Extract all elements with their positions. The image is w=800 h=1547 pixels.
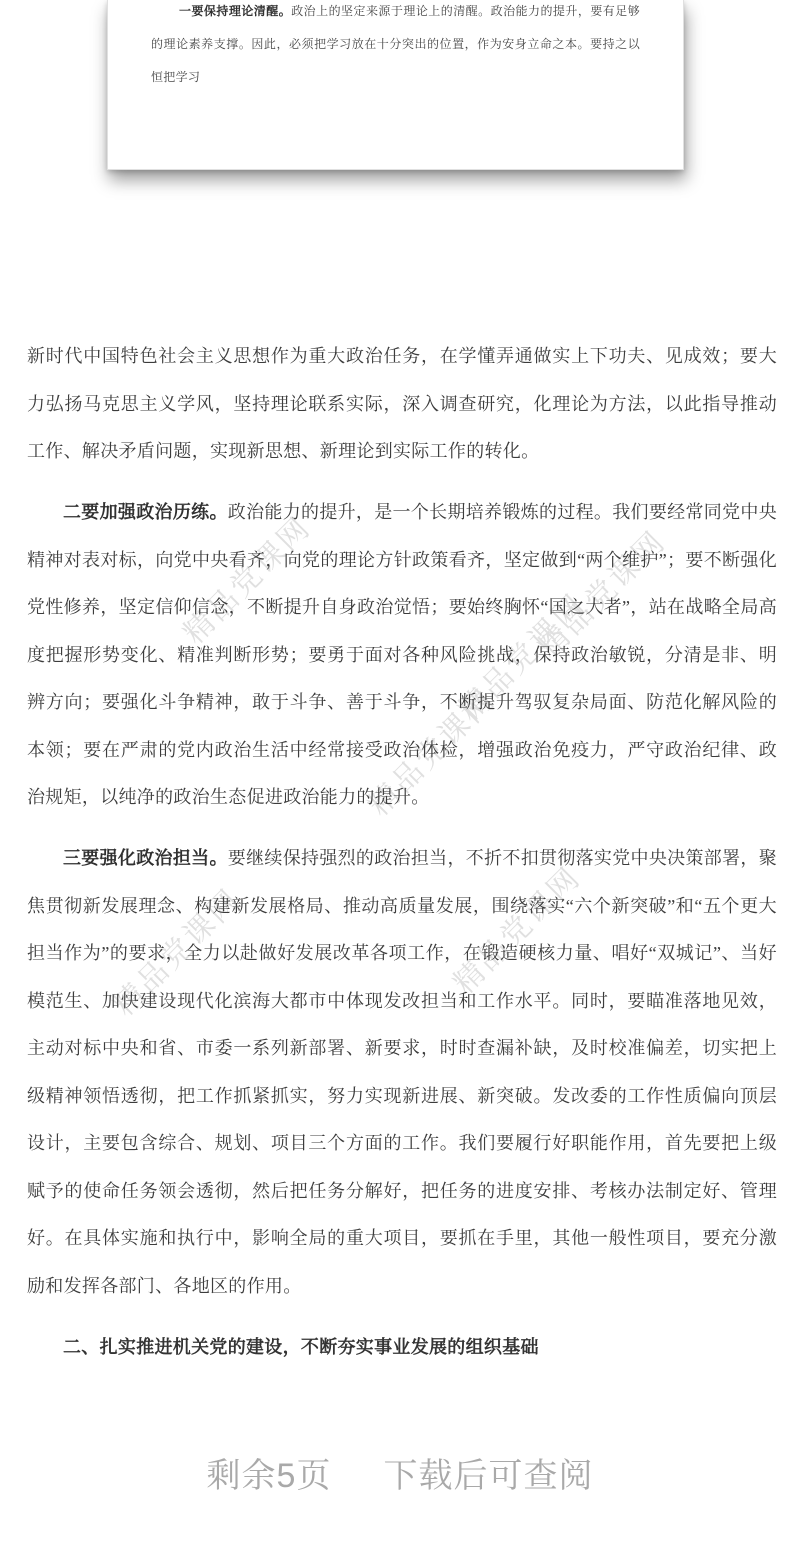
paragraph-text: 新时代中国特色社会主义思想作为重大政治任务，在学懂弄通做实上下功夫、见成效；要大…: [27, 346, 777, 461]
document-preview-page: 一要保持理论清醒。政治上的坚定来源于理论上的清醒。政治能力的提升，要有足够的理论…: [0, 0, 800, 1547]
paragraph-lead: 三要强化政治担当。: [63, 848, 228, 868]
paragraph-lead: 二要加强政治历练。: [63, 502, 228, 522]
card-paragraph: 一要保持理论清醒。政治上的坚定来源于理论上的清醒。政治能力的提升，要有足够的理论…: [151, 0, 640, 94]
download-hint-text: 下载后可查阅: [383, 1457, 593, 1495]
paragraph-second-point: 二要加强政治历练。政治能力的提升，是一个长期培养锻炼的过程。我们要经常同党中央精…: [27, 489, 777, 822]
remaining-pages-notice: 剩余5页下载后可查阅: [0, 1448, 800, 1497]
section-heading: 二、扎实推进机关党的建设，不断夯实事业发展的组织基础: [27, 1324, 777, 1372]
card-paragraph-lead: 一要保持理论清醒。: [179, 4, 291, 18]
document-body: 新时代中国特色社会主义思想作为重大政治任务，在学懂弄通做实上下功夫、见成效；要大…: [27, 333, 777, 1385]
paragraph-third-point: 三要强化政治担当。要继续保持强烈的政治担当，不折不扣贯彻落实党中央决策部署，聚焦…: [27, 835, 777, 1310]
paragraph-text: 要继续保持强烈的政治担当，不折不扣贯彻落实党中央决策部署，聚焦贯彻新发展理念、构…: [27, 848, 777, 1296]
paragraph-text: 政治能力的提升，是一个长期培养锻炼的过程。我们要经常同党中央精神对表对标，向党中…: [27, 502, 777, 807]
remaining-pages-text: 剩余5页: [207, 1457, 332, 1495]
paragraph-continuation: 新时代中国特色社会主义思想作为重大政治任务，在学懂弄通做实上下功夫、见成效；要大…: [27, 333, 777, 476]
document-page-card: 一要保持理论清醒。政治上的坚定来源于理论上的清醒。政治能力的提升，要有足够的理论…: [107, 0, 684, 170]
